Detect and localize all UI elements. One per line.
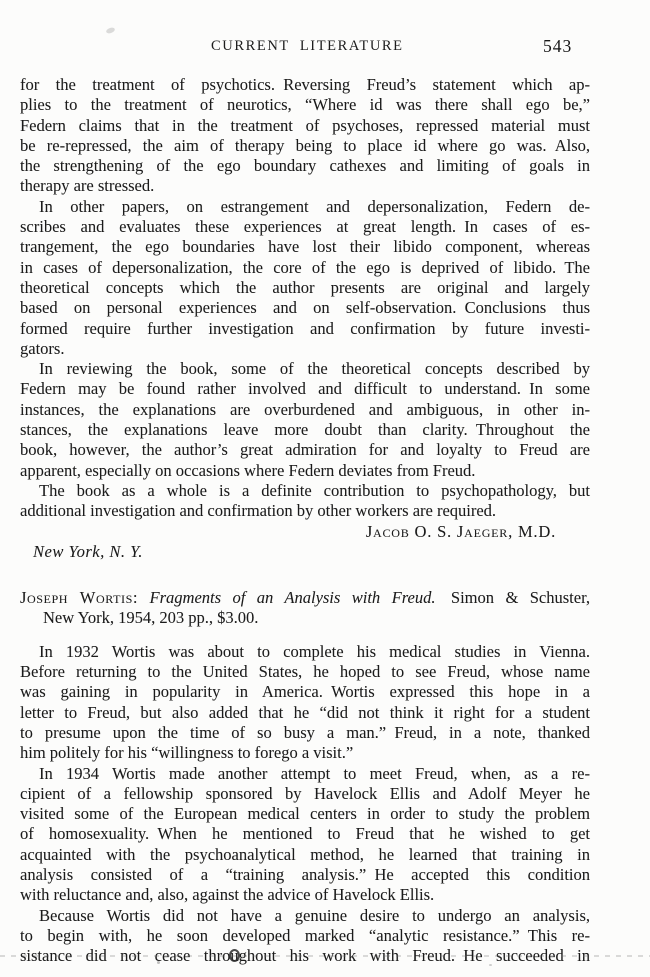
paragraph: In reviewing the book, some of the theor…	[20, 359, 590, 481]
text-line: visited some of the European medical cen…	[20, 804, 590, 824]
text-line: In 1934 Wortis made another attempt to m…	[20, 764, 590, 784]
page-text-block: for the treatment of psychotics. Reversi…	[20, 75, 590, 966]
reviewer-signature: Jacob O. S. Jaeger, M.D.	[20, 522, 590, 542]
scan-artifact-speck	[157, 961, 160, 964]
scan-artifact-dotted-line	[0, 955, 650, 957]
running-title: CURRENT LITERATURE	[211, 38, 404, 55]
text-line: In 1932 Wortis was about to complete his…	[20, 642, 590, 662]
text-line: be re-repressed, the aim of therapy bein…	[20, 136, 590, 156]
text-line: letter to Freud, but also added that he …	[20, 703, 590, 723]
text-line: apparent, especially on occasions where …	[20, 461, 590, 481]
text-line: instances, the explanations are overburd…	[20, 400, 590, 420]
paragraph: In 1934 Wortis made another attempt to m…	[20, 764, 590, 906]
paragraph: The book as a whole is a definite contri…	[20, 481, 590, 522]
text-line: book, however, the author’s great admira…	[20, 440, 590, 460]
text-line: the strengthening of the ego boundary ca…	[20, 156, 590, 176]
text-line: cipient of a fellowship sponsored by Hav…	[20, 784, 590, 804]
citation-author: Joseph Wortis:	[20, 588, 138, 607]
text-line: to presume upon the time of so busy a ma…	[20, 723, 590, 743]
journal-page: CURRENT LITERATURE 543 for the treatment…	[0, 0, 650, 977]
text-line: him politely for his “willingness to for…	[20, 743, 590, 763]
text-line: gators.	[20, 339, 590, 359]
text-line: to begin with, he soon developed marked …	[20, 926, 590, 946]
text-line: Federn claims that in the treatment of p…	[20, 116, 590, 136]
scan-artifact-speck	[489, 964, 492, 966]
text-line: Before returning to the United States, h…	[20, 662, 590, 682]
text-line: was gaining in popularity in America. Wo…	[20, 682, 590, 702]
paragraph: In 1932 Wortis was about to complete his…	[20, 642, 590, 764]
text-line: additional investigation and confirmatio…	[20, 501, 590, 521]
text-line: therapy are stressed.	[20, 176, 590, 196]
text-line: In other papers, on estrangement and dep…	[20, 197, 590, 217]
text-line: stances, the explanations leave more dou…	[20, 420, 590, 440]
citation-line-1: Joseph Wortis: Fragments of an Analysis …	[20, 588, 590, 608]
page-number: 543	[543, 36, 572, 57]
text-line: theoretical concepts which the author pr…	[20, 278, 590, 298]
text-line: with reluctance and, also, against the a…	[20, 885, 590, 905]
review-wortis-body: In 1932 Wortis was about to complete his…	[20, 642, 590, 967]
text-line: Because Wortis did not have a genuine de…	[20, 906, 590, 926]
text-line: trangement, the ego boundaries have lost…	[20, 237, 590, 257]
text-line: based on personal experiences and on sel…	[20, 298, 590, 318]
text-line: Federn may be found rather involved and …	[20, 379, 590, 399]
book-citation: Joseph Wortis: Fragments of an Analysis …	[20, 588, 590, 629]
text-line: plies to the treatment of neurotics, “Wh…	[20, 95, 590, 115]
review-federn-body: for the treatment of psychotics. Reversi…	[20, 75, 590, 522]
scan-artifact-ink-blob	[229, 949, 240, 962]
text-line: in cases of depersonalization, the core …	[20, 258, 590, 278]
paragraph: Because Wortis did not have a genuine de…	[20, 906, 590, 967]
paragraph: In other papers, on estrangement and dep…	[20, 197, 590, 359]
text-line: for the treatment of psychotics. Reversi…	[20, 75, 590, 95]
text-line: analysis consisted of a “training analys…	[20, 865, 590, 885]
reviewer-location: New York, N. Y.	[20, 542, 590, 562]
scan-artifact-smudge	[105, 27, 115, 35]
text-line: acquainted with the psychoanalytical met…	[20, 845, 590, 865]
citation-title: Fragments of an Analysis with Freud.	[150, 588, 436, 607]
page-header: CURRENT LITERATURE 543	[0, 36, 650, 58]
text-line: of homosexuality. When he mentioned to F…	[20, 824, 590, 844]
paragraph: for the treatment of psychotics. Reversi…	[20, 75, 590, 197]
text-line: formed require further investigation and…	[20, 319, 590, 339]
citation-publisher: Simon & Schuster,	[451, 588, 590, 607]
text-line: The book as a whole is a definite contri…	[20, 481, 590, 501]
citation-details: New York, 1954, 203 pp., $3.00.	[20, 608, 590, 628]
text-line: scribes and evaluates these experiences …	[20, 217, 590, 237]
text-line: In reviewing the book, some of the theor…	[20, 359, 590, 379]
